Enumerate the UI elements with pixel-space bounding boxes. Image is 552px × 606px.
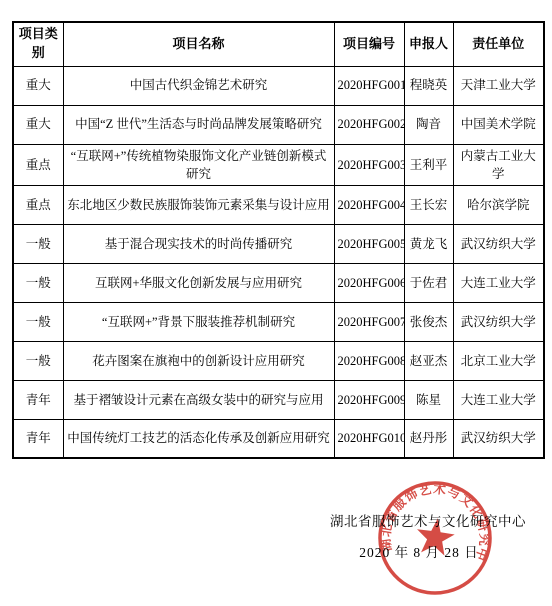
cell-applicant: 程晓英 (404, 66, 453, 105)
cell-applicant: 赵亚杰 (404, 341, 453, 380)
cell-code: 2020HFG007 (334, 302, 404, 341)
project-table: 项目类别项目名称项目编号申报人责任单位 重大中国古代织金锦艺术研究2020HFG… (12, 21, 545, 459)
table-row: 重大中国古代织金锦艺术研究2020HFG001程晓英天津工业大学 (13, 66, 544, 105)
cell-name: 基于褶皱设计元素在高级女装中的研究与应用 (63, 380, 334, 419)
cell-name: 花卉图案在旗袍中的创新设计应用研究 (63, 341, 334, 380)
table-row: 一般花卉图案在旗袍中的创新设计应用研究2020HFG008赵亚杰北京工业大学 (13, 341, 544, 380)
cell-category: 一般 (13, 302, 63, 341)
column-header: 项目名称 (63, 22, 334, 66)
cell-code: 2020HFG004 (334, 185, 404, 224)
cell-unit: 天津工业大学 (453, 66, 544, 105)
cell-category: 一般 (13, 224, 63, 263)
cell-name: 中国“Z 世代”生活态与时尚品牌发展策略研究 (63, 105, 334, 144)
cell-code: 2020HFG010 (334, 419, 404, 458)
table-row: 重大中国“Z 世代”生活态与时尚品牌发展策略研究2020HFG002陶音中国美术… (13, 105, 544, 144)
cell-category: 一般 (13, 341, 63, 380)
table-row: 重点东北地区少数民族服饰装饰元素采集与设计应用2020HFG004王长宏哈尔滨学… (13, 185, 544, 224)
cell-name: “互联网+”背景下服装推荐机制研究 (63, 302, 334, 341)
issuing-organization: 湖北省服饰艺术与文化研究中心 (330, 510, 526, 530)
cell-category: 重大 (13, 66, 63, 105)
cell-unit: 大连工业大学 (453, 263, 544, 302)
cell-category: 青年 (13, 380, 63, 419)
table-row: 青年中国传统灯工技艺的活态化传承及创新应用研究2020HFG010赵丹彤武汉纺织… (13, 419, 544, 458)
table-row: 青年基于褶皱设计元素在高级女装中的研究与应用2020HFG009陈星大连工业大学 (13, 380, 544, 419)
cell-applicant: 于佐君 (404, 263, 453, 302)
cell-unit: 哈尔滨学院 (453, 185, 544, 224)
cell-code: 2020HFG006 (334, 263, 404, 302)
cell-applicant: 陶音 (404, 105, 453, 144)
cell-name: 东北地区少数民族服饰装饰元素采集与设计应用 (63, 185, 334, 224)
cell-name: 互联网+华服文化创新发展与应用研究 (63, 263, 334, 302)
cell-code: 2020HFG002 (334, 105, 404, 144)
cell-unit: 中国美术学院 (453, 105, 544, 144)
issue-date: 2020 年 8 月 28 日 (330, 541, 508, 561)
table-row: 重点“互联网+”传统植物染服饰文化产业链创新模式研究2020HFG003王利平内… (13, 144, 544, 185)
table-row: 一般基于混合现实技术的时尚传播研究2020HFG005黄龙飞武汉纺织大学 (13, 224, 544, 263)
cell-category: 重点 (13, 144, 63, 185)
cell-applicant: 王长宏 (404, 185, 453, 224)
cell-unit: 武汉纺织大学 (453, 419, 544, 458)
cell-applicant: 张俊杰 (404, 302, 453, 341)
cell-code: 2020HFG003 (334, 144, 404, 185)
cell-category: 重点 (13, 185, 63, 224)
column-header: 责任单位 (453, 22, 544, 66)
cell-unit: 武汉纺织大学 (453, 224, 544, 263)
cell-category: 一般 (13, 263, 63, 302)
cell-applicant: 陈星 (404, 380, 453, 419)
cell-unit: 大连工业大学 (453, 380, 544, 419)
cell-applicant: 王利平 (404, 144, 453, 185)
cell-category: 青年 (13, 419, 63, 458)
document-page: 项目类别项目名称项目编号申报人责任单位 重大中国古代织金锦艺术研究2020HFG… (0, 0, 552, 606)
column-header: 项目类别 (13, 22, 63, 66)
cell-unit: 武汉纺织大学 (453, 302, 544, 341)
table-row: 一般“互联网+”背景下服装推荐机制研究2020HFG007张俊杰武汉纺织大学 (13, 302, 544, 341)
cell-name: 中国古代织金锦艺术研究 (63, 66, 334, 105)
cell-name: 基于混合现实技术的时尚传播研究 (63, 224, 334, 263)
cell-unit: 内蒙古工业大学 (453, 144, 544, 185)
cell-code: 2020HFG009 (334, 380, 404, 419)
cell-name: “互联网+”传统植物染服饰文化产业链创新模式研究 (63, 144, 334, 185)
cell-code: 2020HFG008 (334, 341, 404, 380)
column-header: 项目编号 (334, 22, 404, 66)
table-header-row: 项目类别项目名称项目编号申报人责任单位 (13, 22, 544, 66)
cell-applicant: 黄龙飞 (404, 224, 453, 263)
cell-category: 重大 (13, 105, 63, 144)
column-header: 申报人 (404, 22, 453, 66)
cell-unit: 北京工业大学 (453, 341, 544, 380)
official-seal: 湖北省服饰艺术与文化研究中心 (373, 476, 497, 600)
cell-code: 2020HFG005 (334, 224, 404, 263)
cell-applicant: 赵丹彤 (404, 419, 453, 458)
table-row: 一般互联网+华服文化创新发展与应用研究2020HFG006于佐君大连工业大学 (13, 263, 544, 302)
cell-name: 中国传统灯工技艺的活态化传承及创新应用研究 (63, 419, 334, 458)
cell-code: 2020HFG001 (334, 66, 404, 105)
